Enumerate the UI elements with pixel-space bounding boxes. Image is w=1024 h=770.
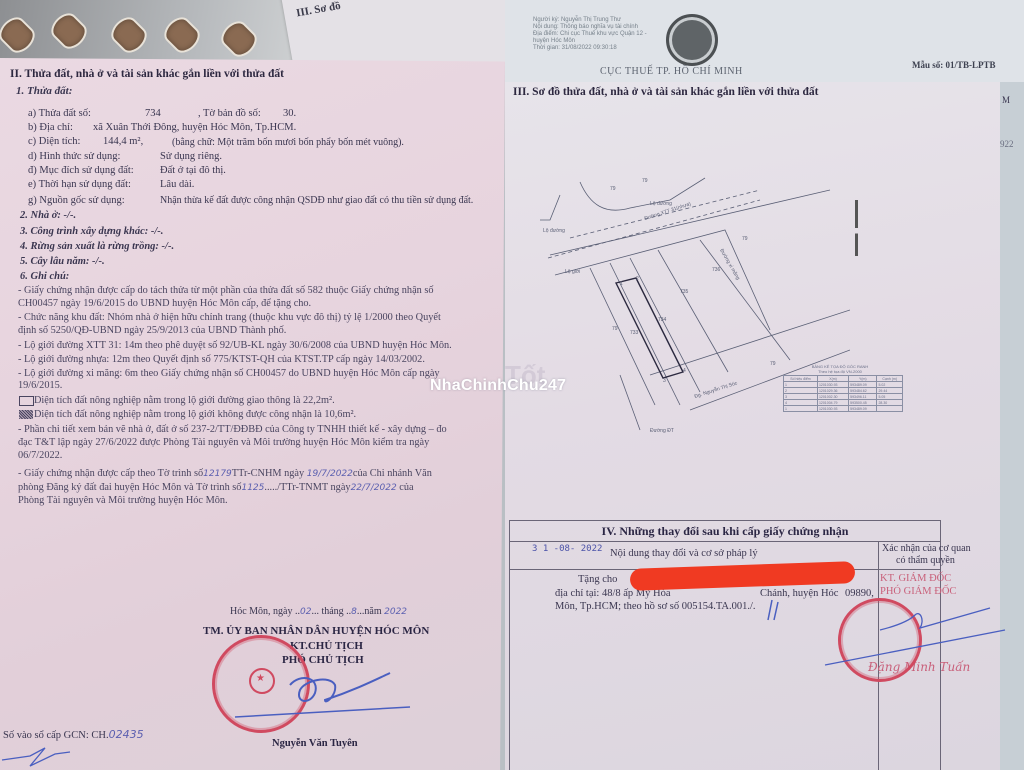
term: Lâu dài. [160, 179, 194, 191]
svg-text:79: 79 [612, 326, 618, 332]
svg-text:Đường ĐT: Đường ĐT [650, 428, 674, 434]
column-confirm-header-1: Xác nhận của cơ quan [882, 543, 971, 555]
signer-name: Nguyễn Văn Tuyên [272, 738, 358, 750]
svg-text:79: 79 [642, 178, 648, 184]
watermark-text: NhaChinhChu247 [430, 377, 566, 395]
label-area: c) Diện tích: [28, 136, 80, 148]
initial-mark-icon [764, 598, 784, 624]
back-paper-heading: III. Sơ đồ [295, 0, 341, 19]
svg-text:Lộ đường: Lộ đường [650, 201, 672, 207]
svg-text:Đường xi măng: Đường xi măng [718, 248, 741, 281]
svg-text:2: 2 [636, 276, 639, 282]
star-cutout-icon [46, 8, 91, 53]
note-line: 06/7/2022. [18, 450, 62, 462]
change-entry-line-1: Tặng cho [578, 574, 617, 586]
label-address: b) Địa chỉ: [28, 122, 73, 134]
column-confirm-header-2: có thẩm quyền [896, 555, 955, 567]
star-cutout-icon [159, 12, 204, 57]
handwritten-date: 22/7/2022 [351, 483, 397, 493]
area: 144,4 m², [103, 136, 143, 148]
address: xã Xuân Thới Đông, huyện Hóc Môn, Tp.HCM… [93, 122, 296, 134]
approval-line-1: - Giấy chứng nhận được cấp theo Tờ trình… [18, 468, 432, 480]
purpose: Đất ở tại đô thị. [160, 165, 226, 177]
usage-form: Sử dụng riêng. [160, 151, 222, 163]
note-line: CH00457 ngày 19/6/2015 do UBND huyện Hóc… [18, 298, 311, 310]
legend-empty-box-icon [19, 396, 34, 406]
svg-text:1: 1 [620, 281, 623, 287]
svg-text:79: 79 [770, 361, 776, 367]
note-line: - Lộ giới đường nhựa: 12m theo Quyết địn… [18, 354, 425, 366]
signature-scribble-icon [225, 665, 425, 720]
note-line: 19/6/2015. [18, 380, 62, 392]
note-line: - Phần chi tiết xem bản vẽ nhà ở, đất ở … [18, 424, 447, 436]
item-perennial: 5. Cây lâu năm: -/-. [20, 256, 105, 268]
svg-text:4: 4 [683, 368, 686, 374]
svg-text:79: 79 [610, 186, 616, 192]
handwritten-date: 19/7/2022 [307, 469, 353, 479]
star-cutout-icon [0, 12, 40, 57]
note-line: - Lộ giới đường XTT 31: 14m theo phê duy… [18, 340, 452, 352]
date-stamp: 3 1 -08- 2022 [532, 543, 602, 555]
svg-text:Lộ đường: Lộ đường [543, 228, 565, 234]
director-signature-icon [820, 600, 1010, 670]
svg-text:79: 79 [742, 236, 748, 242]
coordinate-table: Số hiệu điểm X(m) Y(m) Cạnh (m) 11201030… [783, 375, 903, 412]
note-line: định số 5250/QĐ-UBND ngày 25/9/2013 của … [18, 325, 286, 337]
section-II-title: II. Thửa đất, nhà ở và tài sản khác gắn … [10, 68, 284, 80]
note-line: Diện tích đất nông nghiệp nằm trong lộ g… [34, 395, 335, 407]
item-forest: 4. Rừng sản xuất là rừng trồng: -/-. [20, 241, 174, 253]
label-map-sheet: , Tờ bản đồ số: [198, 108, 261, 120]
star-cutout-icon [216, 16, 261, 61]
note-line: - Lộ giới đường xi măng: 6m theo Giấy ch… [18, 368, 440, 380]
item-other-construction: 3. Công trình xây dựng khác: -/-. [20, 226, 163, 238]
note-line: - Chức năng khu đất: Nhóm nhà ở hiện hữu… [18, 312, 441, 324]
svg-text:Đg. Nguyễn Thị Sóc: Đg. Nguyễn Thị Sóc [693, 379, 738, 400]
land-heading: 1. Thửa đất: [16, 85, 72, 97]
svg-text:3: 3 [663, 378, 666, 384]
form-number: Mẫu số: 01/TB-LPTB [912, 60, 996, 70]
signer-role-1: KT.CHỦ TỊCH [290, 640, 363, 652]
approval-line-2: phòng Đăng ký đất đai huyện Hóc Môn và T… [18, 482, 414, 494]
legend-hatched-box-icon [19, 410, 33, 419]
national-emblem-icon [666, 14, 718, 66]
section-III-title: III. Sơ đồ thửa đất, nhà ở và tài sản kh… [513, 86, 818, 98]
label-origin: g) Nguồn gốc sử dụng: [28, 195, 125, 207]
label-usage-form: d) Hình thức sử dụng: [28, 151, 120, 163]
item-house: 2. Nhà ở: -/-. [20, 210, 76, 222]
handwritten-submission-no: 12179 [203, 469, 232, 479]
star-cutout-icon [106, 12, 151, 57]
coord-table-caption: BẢNG KÊ TỌA ĐỘ GÓC RANH Theo hệ tọa độ V… [790, 364, 890, 374]
section-IV-title: IV. Những thay đổi sau khi cấp giấy chứn… [510, 521, 940, 542]
confirm-role-2: PHÓ GIÁM ĐỐC [880, 586, 956, 598]
label-purpose: đ) Mục đích sử dụng đất: [28, 165, 134, 177]
tax-signer-block: Người ký: Nguyễn Thị Trung Thư Nội dung:… [533, 17, 647, 52]
svg-text:735: 735 [680, 289, 689, 295]
north-arrow-icon [855, 200, 858, 256]
signing-organization: TM. ỦY BAN NHÂN DÂN HUYỆN HÓC MÔN [203, 625, 429, 637]
map-sheet-no: 30. [283, 108, 296, 120]
registry-number: Số vào sổ cấp GCN: CH.02435 [3, 729, 144, 742]
confirm-role-1: KT. GIÁM ĐỐC [880, 573, 951, 585]
place-date: Hóc Môn, ngày ..02... tháng ..8...năm 20… [230, 606, 407, 618]
notes-heading: 6. Ghi chú: [20, 271, 69, 283]
handwritten-submission-no: 1125 [241, 483, 264, 493]
note-line: đạc T&T lập ngày 27/6/2022 được Phòng Tà… [18, 437, 429, 449]
parcel-no: 734 [145, 108, 161, 120]
svg-text:736: 736 [712, 267, 721, 273]
initials-scribble-icon [0, 744, 80, 768]
area-in-words: (bằng chữ: Một trăm bốn mươi bốn phẩy bố… [172, 137, 404, 149]
table-row: 11201030.93593489.09 [784, 406, 903, 412]
svg-text:733: 733 [630, 330, 639, 336]
label-parcel-no: a) Thửa đất số: [28, 108, 91, 120]
change-entry-line-3: Môn, Tp.HCM; theo hồ sơ số 005154.TA.001… [555, 601, 756, 613]
note-line: Diện tích đất nông nghiệp nằm trong lộ g… [34, 409, 356, 421]
column-content-header: Nội dung thay đổi và cơ sở pháp lý [610, 548, 758, 560]
edge-fragment: M [1002, 94, 1010, 106]
note-line: - Giấy chứng nhận được cấp do tách thửa … [18, 285, 434, 297]
edge-fragment: 922 [1000, 138, 1014, 150]
svg-text:734: 734 [658, 317, 667, 323]
origin: Nhận thừa kế đất được công nhận QSDĐ như… [160, 195, 473, 207]
label-term: e) Thời hạn sử dụng đất: [28, 179, 131, 191]
tax-agency: CỤC THUẾ TP. HỒ CHÍ MINH [600, 66, 743, 77]
approval-line-3: Phòng Tài nguyên và Môi trường huyện Hóc… [18, 495, 228, 507]
svg-text:Lộ giới: Lộ giới [565, 269, 580, 275]
